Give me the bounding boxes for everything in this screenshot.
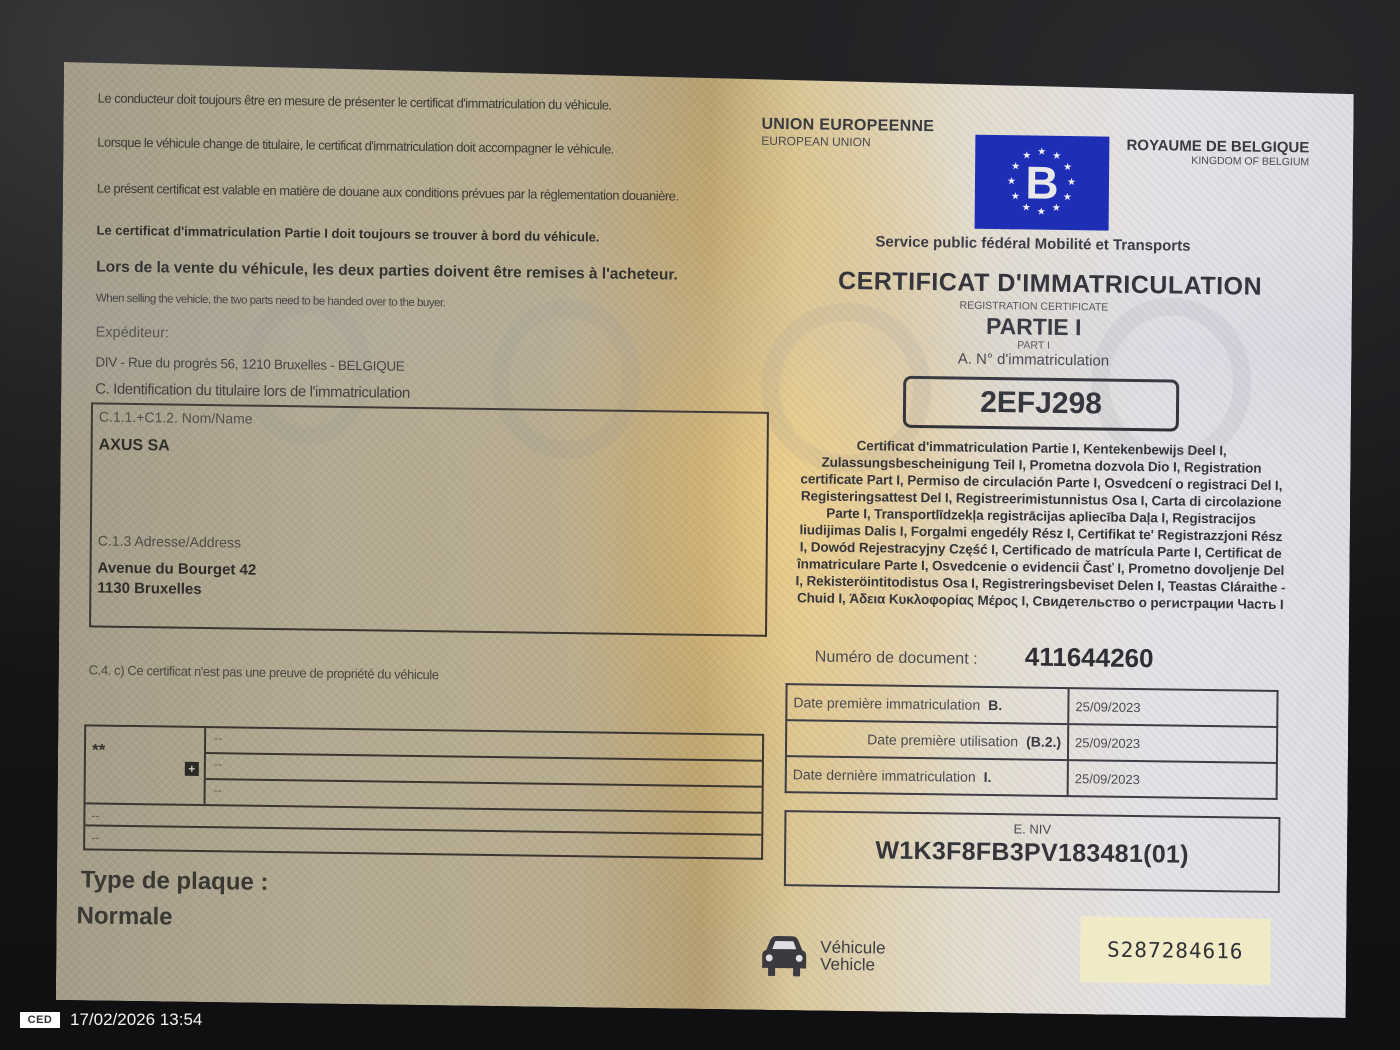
notice-on-board: Le certificat d'immatriculation Partie I… [96, 222, 696, 245]
date-label: Date première utilisation [867, 731, 1018, 749]
registration-number-plate: 2EFJ298 [903, 376, 1179, 432]
holder-address-line1: Avenue du Bourget 42 [97, 559, 256, 581]
stars-marker: ** [92, 740, 105, 760]
plate-type-value: Normale [76, 902, 172, 931]
car-icon [760, 934, 808, 984]
kingdom-header: ROYAUME DE BELGIQUE KINGDOM OF BELGIUM [1113, 137, 1309, 169]
eu-title: UNION EUROPEENNE [761, 116, 934, 136]
date-label: Date dernière immatriculation [793, 766, 976, 785]
notice-customs: Le présent certificat est valable en mat… [97, 180, 717, 204]
holder-name-label: C.1.1.+C1.2. Nom/Name [99, 409, 253, 427]
registration-certificate-document: Le conducteur doit toujours être en mesu… [56, 62, 1354, 1018]
capture-timestamp: 17/02/2026 13:54 [70, 1010, 202, 1030]
plus-icon: + [185, 762, 199, 776]
dates-table: Date première immatriculationB. 25/09/20… [785, 683, 1279, 800]
table-row: Date dernière immatriculationI. 25/09/20… [786, 756, 1277, 799]
remarks-grid: ** + -- -- -- -- -- [83, 724, 764, 859]
authority-name: Service public fédéral Mobilité et Trans… [875, 233, 1190, 254]
multilanguage-titles: Certificat d'immatriculation Partie I, K… [795, 436, 1286, 613]
holder-address-line2: 1130 Bruxelles [97, 579, 201, 600]
grid-cell: -- [91, 830, 99, 844]
eu-header: UNION EUROPEENNE EUROPEAN UNION [761, 116, 934, 150]
holder-name-value: AXUS SA [99, 437, 170, 456]
date-code: B. [988, 697, 1002, 713]
date-label: Date première immatriculation [793, 694, 980, 713]
date-code: (B.2.) [1026, 733, 1061, 749]
vin-value: W1K3F8FB3PV183481(01) [786, 835, 1278, 871]
holder-address-label: C.1.3 Adresse/Address [98, 533, 241, 551]
kingdom-title: ROYAUME DE BELGIQUE [1113, 137, 1309, 157]
notice-owner-change: Lorsque le véhicule change de titulaire,… [97, 134, 717, 158]
sender-address: DIV - Rue du progrès 56, 1210 Bruxelles … [95, 354, 404, 373]
camera-logo: CED [20, 1012, 60, 1028]
eu-flag-icon: B ★ ★ ★ ★ ★ ★ ★ ★ ★ ★ ★ ★ [975, 135, 1110, 231]
plate-type-label: Type de plaque : [81, 866, 269, 897]
ownership-disclaimer: C.4. c) Ce certificat n'est pas une preu… [89, 662, 439, 682]
grid-cell: -- [91, 808, 99, 822]
kingdom-subtitle: KINGDOM OF BELGIUM [1113, 154, 1309, 169]
sender-label: Expéditeur: [96, 324, 169, 341]
notice-driver: Le conducteur doit toujours être en mesu… [98, 90, 718, 114]
last-registration-date: 25/09/2023 [1068, 760, 1277, 799]
document-number-label: Numéro de document : [815, 649, 978, 669]
vehicle-label-en: Vehicle [820, 956, 885, 974]
eu-subtitle: EUROPEAN UNION [761, 134, 934, 150]
vin-box: E. NIV W1K3F8FB3PV183481(01) [784, 810, 1281, 893]
first-registration-date: 25/09/2023 [1068, 688, 1277, 727]
certificate-title: CERTIFICAT D'IMMATRICULATION [810, 266, 1290, 302]
control-sticker: S287284616 [1080, 916, 1271, 985]
holder-box: C.1.1.+C1.2. Nom/Name AXUS SA C.1.3 Adre… [89, 402, 769, 636]
first-use-date: 25/09/2023 [1068, 724, 1277, 763]
holder-section-title: C. Identification du titulaire lors de l… [95, 380, 410, 401]
notice-sale: Lors de la vente du véhicule, les deux p… [96, 259, 716, 283]
document-number-value: 411644260 [1025, 641, 1154, 674]
date-code: I. [984, 769, 992, 785]
vehicle-category-label: Véhicule Vehicle [820, 939, 886, 974]
notice-sale-en: When selling the vehicle, the two parts … [96, 292, 445, 309]
camera-overlay: CED 17/02/2026 13:54 [20, 1010, 202, 1030]
